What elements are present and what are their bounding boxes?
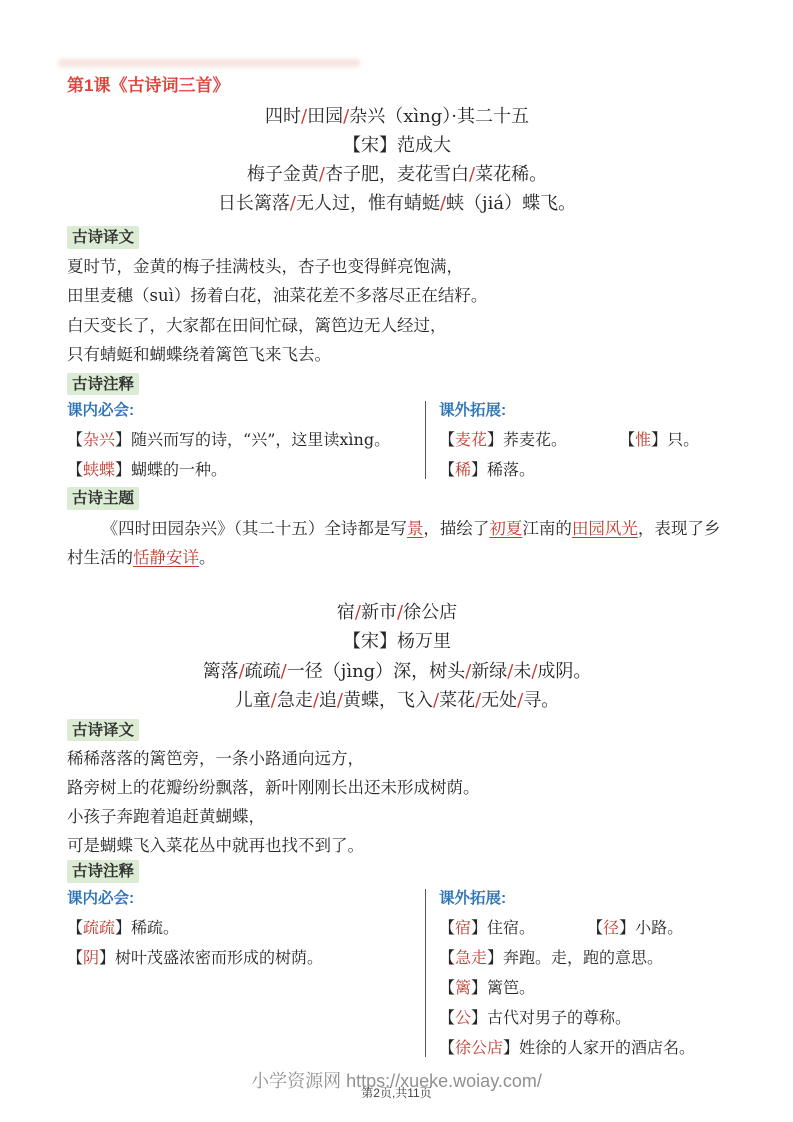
note-item: 【篱】篱笆。 <box>439 973 535 1003</box>
note-definition: 随兴而写的诗，“兴”，这里读xìng。 <box>131 430 390 449</box>
pause-slash: / <box>397 602 403 623</box>
note-row: 【宿】住宿。【径】小路。 <box>439 913 727 943</box>
note-definition: 奔跑。走，跑的意思。 <box>503 948 663 967</box>
translation-line: 路旁树上的花瓣纷纷飘落，新叶刚刚长出还未形成树荫。 <box>67 773 727 802</box>
poem2-block: 宿/新市/徐公店 【宋】杨万里 篱落/疏疏/一径（jìng）深，树头/新绿/未/… <box>67 598 727 716</box>
note-row: 【疏疏】稀疏。 <box>67 913 415 943</box>
poem1-author: 【宋】范成大 <box>67 131 727 160</box>
notes-in-class-column: 课内必会: 【杂兴】随兴而写的诗，“兴”，这里读xìng。【蛱蝶】蝴蝶的一种。 <box>67 397 425 485</box>
poem1-title: 四时/田园/杂兴（xìng）·其二十五 <box>67 102 727 131</box>
translation-line: 白天变长了，大家都在田间忙碌，篱笆边无人经过， <box>67 311 727 341</box>
theme-text-segment: 《四时田园杂兴》（其二十五）全诗都是写 <box>102 519 407 538</box>
note-item: 【徐公店】姓徐的人家开的酒店名。 <box>439 1033 695 1063</box>
note-item: 【急走】奔跑。走，跑的意思。 <box>439 943 663 973</box>
bracket: 】 <box>503 1038 519 1057</box>
note-term: 公 <box>455 1008 471 1027</box>
translation-line: 只有蜻蜓和蝴蝶绕着篱笆飞来飞去。 <box>67 340 727 370</box>
note-term: 蛱蝶 <box>83 460 115 479</box>
extension-heading: 课外拓展: <box>439 885 727 913</box>
note-definition: 荞麦花。 <box>503 430 567 449</box>
pause-slash: / <box>465 661 471 682</box>
bracket: 】 <box>115 460 131 479</box>
theme-text-segment: ，描绘了 <box>423 519 489 538</box>
section-label-theme: 古诗主题 <box>67 487 139 510</box>
bracket: 】 <box>471 978 487 997</box>
theme-text-segment: 。 <box>199 548 216 567</box>
theme-keyword: 恬静安详 <box>133 548 199 567</box>
poem2-verse-line: 儿童/急走/追/黄蝶，飞入/菜花/无处/寻。 <box>67 686 727 716</box>
translation-line: 可是蝴蝶飞入菜花丛中就再也找不到了。 <box>67 831 727 860</box>
note-row: 【公】古代对男子的尊称。 <box>439 1003 727 1033</box>
translation-line: 小孩子奔跑着追赶黄蝴蝶， <box>67 802 727 831</box>
extension-items: 【宿】住宿。【径】小路。【急走】奔跑。走，跑的意思。【篱】篱笆。【公】古代对男子… <box>439 913 727 1063</box>
note-definition: 小路。 <box>635 918 683 937</box>
poem2-author: 【宋】杨万里 <box>67 627 727 657</box>
bracket: 】 <box>487 430 503 449</box>
bracket: 【 <box>439 918 455 937</box>
poem1-block: 四时/田园/杂兴（xìng）·其二十五 【宋】范成大 梅子金黄/杏子肥，麦花雪白… <box>67 102 727 218</box>
notes-in-class-column: 课内必会: 【疏疏】稀疏。【阴】树叶茂盛浓密而形成的树荫。 <box>67 885 425 1063</box>
bracket: 【 <box>619 430 635 449</box>
notes-extension-column: 课外拓展: 【麦花】荞麦花。【惟】只。【稀】稀落。 <box>426 397 727 485</box>
note-row: 【急走】奔跑。走，跑的意思。 <box>439 943 727 973</box>
note-term: 宿 <box>455 918 471 937</box>
translation-line: 夏时节，金黄的梅子挂满枝头，杏子也变得鲜亮饱满， <box>67 252 727 282</box>
pause-slash: / <box>343 106 349 127</box>
pause-slash: / <box>355 602 361 623</box>
pause-slash: / <box>475 690 481 711</box>
poem1-theme: 《四时田园杂兴》（其二十五）全诗都是写景，描绘了初夏江南的田园风光，表现了乡村生… <box>67 514 727 572</box>
pause-slash: / <box>239 661 245 682</box>
poem2-verse-line: 篱落/疏疏/一径（jìng）深，树头/新绿/未/成阴。 <box>67 657 727 687</box>
bracket: 】 <box>471 460 487 479</box>
document-page: 第1课《古诗词三首》 四时/田园/杂兴（xìng）·其二十五 【宋】范成大 梅子… <box>0 0 793 1122</box>
bracket: 【 <box>67 948 83 967</box>
note-term: 徐公店 <box>455 1038 503 1057</box>
bracket: 【 <box>439 1038 455 1057</box>
pause-slash: / <box>440 193 446 214</box>
bracket: 【 <box>439 430 455 449</box>
note-item: 【公】古代对男子的尊称。 <box>439 1003 631 1033</box>
pause-slash: / <box>531 661 537 682</box>
in-class-heading: 课内必会: <box>67 885 415 913</box>
note-row: 【篱】篱笆。 <box>439 973 727 1003</box>
page-number: 第2页,共11页 <box>0 1086 793 1100</box>
in-class-heading: 课内必会: <box>67 397 415 425</box>
note-definition: 稀疏。 <box>131 918 179 937</box>
pause-slash: / <box>507 661 513 682</box>
poem1-notes: 课内必会: 【杂兴】随兴而写的诗，“兴”，这里读xìng。【蛱蝶】蝴蝶的一种。 … <box>67 397 727 485</box>
poem2-title: 宿/新市/徐公店 <box>67 598 727 628</box>
pause-slash: / <box>313 690 319 711</box>
note-term: 疏疏 <box>83 918 115 937</box>
note-row: 【阴】树叶茂盛浓密而形成的树荫。 <box>67 943 415 973</box>
note-item: 【稀】稀落。 <box>439 455 535 485</box>
note-definition: 树叶茂盛浓密而形成的树荫。 <box>115 948 323 967</box>
translation-line: 稀稀落落的篱笆旁，一条小路通向远方， <box>67 744 727 773</box>
note-row: 【徐公店】姓徐的人家开的酒店名。 <box>439 1033 727 1063</box>
bracket: 【 <box>439 978 455 997</box>
pause-slash: / <box>290 193 296 214</box>
theme-keyword: 初夏 <box>489 519 522 538</box>
bracket: 【 <box>439 460 455 479</box>
lesson-title: 第1课《古诗词三首》 <box>67 76 727 96</box>
pause-slash: / <box>301 106 307 127</box>
theme-text-segment: 江南的 <box>522 519 572 538</box>
note-row: 【麦花】荞麦花。【惟】只。 <box>439 425 727 455</box>
note-item: 【麦花】荞麦花。 <box>439 425 567 455</box>
bracket: 】 <box>487 948 503 967</box>
extension-items: 【麦花】荞麦花。【惟】只。【稀】稀落。 <box>439 425 727 485</box>
in-class-items: 【疏疏】稀疏。【阴】树叶茂盛浓密而形成的树荫。 <box>67 913 415 973</box>
note-item: 【径】小路。 <box>587 913 683 943</box>
note-definition: 篱笆。 <box>487 978 535 997</box>
note-row: 【稀】稀落。 <box>439 455 727 485</box>
page-top-artifact <box>58 59 360 67</box>
in-class-items: 【杂兴】随兴而写的诗，“兴”，这里读xìng。【蛱蝶】蝴蝶的一种。 <box>67 425 415 485</box>
translation-line: 田里麦穗（suì）扬着白花，油菜花差不多落尽正在结籽。 <box>67 281 727 311</box>
bracket: 【 <box>67 460 83 479</box>
bracket: 】 <box>651 430 667 449</box>
poem2-translation: 稀稀落落的篱笆旁，一条小路通向远方，路旁树上的花瓣纷纷飘落，新叶刚刚长出还未形成… <box>67 744 727 860</box>
page-content: 第1课《古诗词三首》 四时/田园/杂兴（xìng）·其二十五 【宋】范成大 梅子… <box>0 0 793 1063</box>
note-term: 篱 <box>455 978 471 997</box>
bracket: 】 <box>115 430 131 449</box>
bracket: 】 <box>115 918 131 937</box>
section-label-translation: 古诗译文 <box>67 719 139 742</box>
note-term: 麦花 <box>455 430 487 449</box>
note-definition: 姓徐的人家开的酒店名。 <box>519 1038 695 1057</box>
note-item: 【蛱蝶】蝴蝶的一种。 <box>67 455 227 485</box>
bracket: 】 <box>471 918 487 937</box>
note-item: 【宿】住宿。 <box>439 913 535 943</box>
section-label-translation: 古诗译文 <box>67 226 139 249</box>
note-item: 【杂兴】随兴而写的诗，“兴”，这里读xìng。 <box>67 425 390 455</box>
section-label-notes: 古诗注释 <box>67 860 139 883</box>
pause-slash: / <box>319 164 325 185</box>
note-definition: 蝴蝶的一种。 <box>131 460 227 479</box>
note-term: 杂兴 <box>83 430 115 449</box>
note-definition: 只。 <box>667 430 699 449</box>
bracket: 【 <box>587 918 603 937</box>
note-definition: 住宿。 <box>487 918 535 937</box>
poem1-translation: 夏时节，金黄的梅子挂满枝头，杏子也变得鲜亮饱满，田里麦穗（suì）扬着白花，油菜… <box>67 252 727 370</box>
poem2-notes: 课内必会: 【疏疏】稀疏。【阴】树叶茂盛浓密而形成的树荫。 课外拓展: 【宿】住… <box>67 885 727 1063</box>
note-item: 【惟】只。 <box>619 425 699 455</box>
note-item: 【疏疏】稀疏。 <box>67 913 179 943</box>
extension-heading: 课外拓展: <box>439 397 727 425</box>
note-row: 【蛱蝶】蝴蝶的一种。 <box>67 455 415 485</box>
note-row: 【杂兴】随兴而写的诗，“兴”，这里读xìng。 <box>67 425 415 455</box>
note-term: 稀 <box>455 460 471 479</box>
note-term: 径 <box>603 918 619 937</box>
bracket: 【 <box>439 1008 455 1027</box>
theme-keyword: 景 <box>407 519 424 538</box>
pause-slash: / <box>271 690 277 711</box>
note-item: 【阴】树叶茂盛浓密而形成的树荫。 <box>67 943 323 973</box>
poem1-verse-line: 梅子金黄/杏子肥，麦花雪白/菜花稀。 <box>67 160 727 189</box>
poem1-verse-line: 日长篱落/无人过，惟有蜻蜓/蛱（jiá）蝶飞。 <box>67 189 727 218</box>
pause-slash: / <box>337 690 343 711</box>
bracket: 】 <box>471 1008 487 1027</box>
pause-slash: / <box>517 690 523 711</box>
pause-slash: / <box>281 661 287 682</box>
note-term: 阴 <box>83 948 99 967</box>
bracket: 】 <box>619 918 635 937</box>
pause-slash: / <box>433 690 439 711</box>
bracket: 【 <box>439 948 455 967</box>
note-term: 急走 <box>455 948 487 967</box>
note-term: 惟 <box>635 430 651 449</box>
bracket: 】 <box>99 948 115 967</box>
theme-keyword: 田园风光 <box>572 519 638 538</box>
bracket: 【 <box>67 430 83 449</box>
notes-extension-column: 课外拓展: 【宿】住宿。【径】小路。【急走】奔跑。走，跑的意思。【篱】篱笆。【公… <box>426 885 727 1063</box>
bracket: 【 <box>67 918 83 937</box>
pause-slash: / <box>469 164 475 185</box>
section-label-notes: 古诗注释 <box>67 373 139 396</box>
note-definition: 古代对男子的尊称。 <box>487 1008 631 1027</box>
note-definition: 稀落。 <box>487 460 535 479</box>
